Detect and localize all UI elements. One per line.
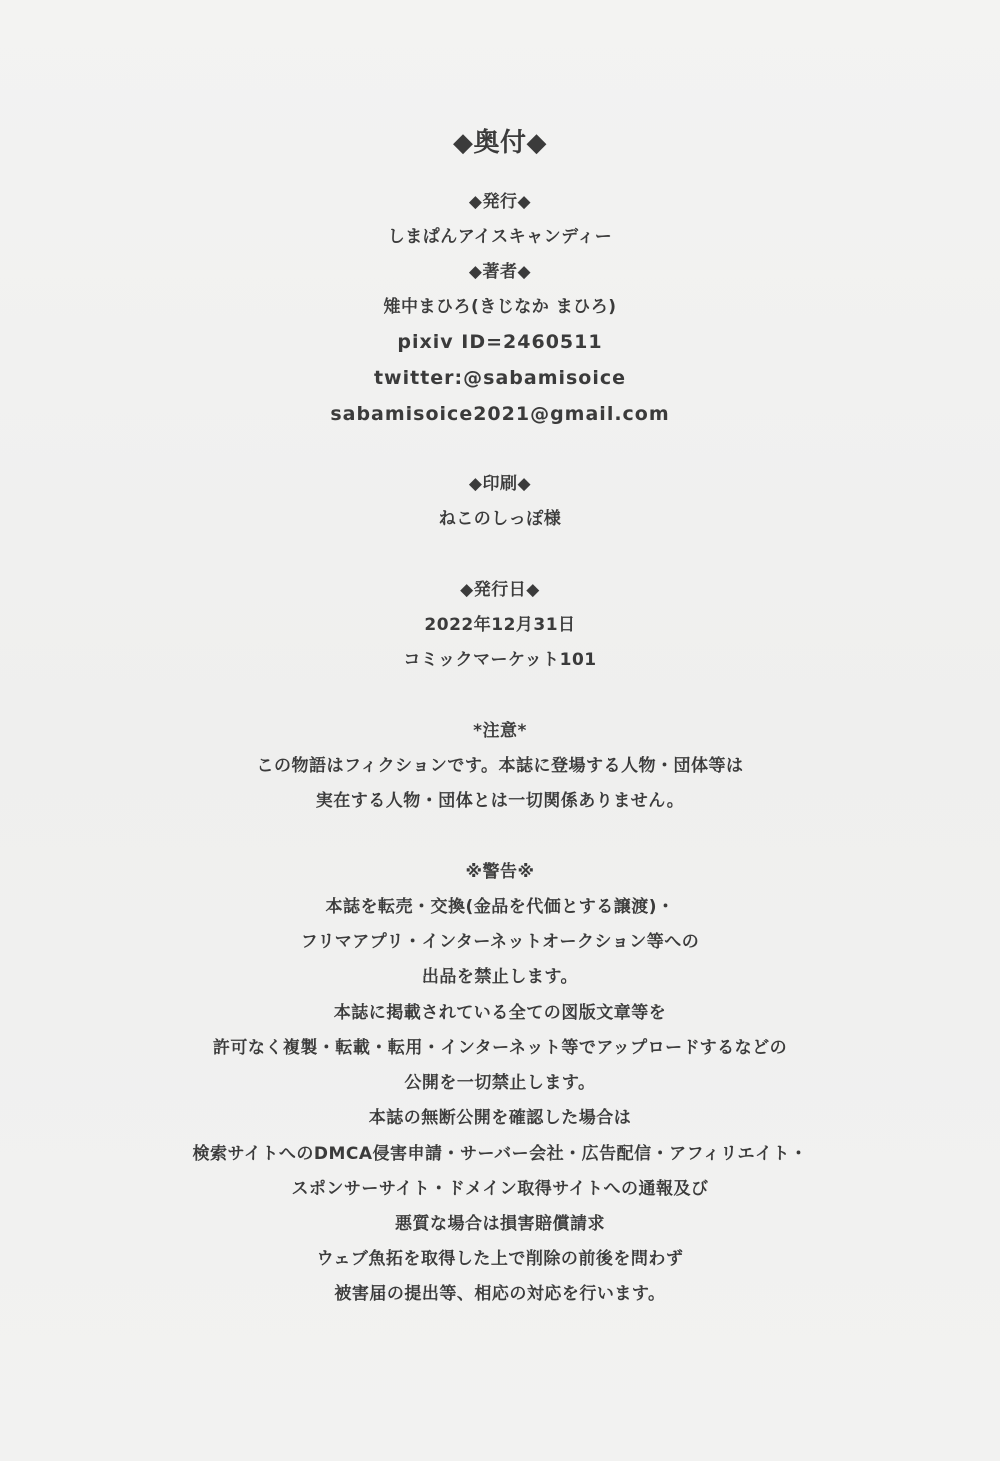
colophon-page: ◆奥付◆ ◆発行◆ しまぱんアイスキャンディー ◆著者◆ 雉中まひろ(きじなか … — [0, 0, 1000, 1461]
author-pixiv-id: pixiv ID=2460511 — [0, 333, 1000, 352]
issue-date: 2022年12月31日 — [0, 617, 1000, 634]
notice-heading: *注意* — [0, 723, 1000, 740]
publisher-heading: ◆発行◆ — [0, 194, 1000, 211]
warning-line: 被害届の提出等、相応の対応を行います。 — [0, 1286, 1000, 1303]
warning-line: 本誌の無断公開を確認した場合は — [0, 1110, 1000, 1127]
author-email: sabamisoice2021@gmail.com — [0, 405, 1000, 424]
warning-line: 公開を一切禁止します。 — [0, 1075, 1000, 1092]
warning-line: スポンサーサイト・ドメイン取得サイトへの通報及び — [0, 1181, 1000, 1198]
notice-line: この物語はフィクションです。本誌に登場する人物・団体等は — [0, 758, 1000, 775]
warning-heading: ※警告※ — [0, 864, 1000, 881]
author-twitter: twitter:@sabamisoice — [0, 369, 1000, 388]
colophon-title: ◆奥付◆ — [0, 130, 1000, 156]
issue-date-heading: ◆発行日◆ — [0, 582, 1000, 599]
warning-line: 許可なく複製・転載・転用・インターネット等でアップロードするなどの — [0, 1040, 1000, 1057]
printer-heading: ◆印刷◆ — [0, 476, 1000, 493]
notice-line: 実在する人物・団体とは一切関係ありません。 — [0, 793, 1000, 810]
publisher-name: しまぱんアイスキャンディー — [0, 229, 1000, 246]
warning-line: ウェブ魚拓を取得した上で削除の前後を問わず — [0, 1251, 1000, 1268]
warning-line: フリマアプリ・インターネットオークション等への — [0, 934, 1000, 951]
author-name: 雉中まひろ(きじなか まひろ) — [0, 299, 1000, 316]
warning-line: 本誌に掲載されている全ての図版文章等を — [0, 1005, 1000, 1022]
author-heading: ◆著者◆ — [0, 264, 1000, 281]
issue-event: コミックマーケット101 — [0, 652, 1000, 669]
warning-line: 出品を禁止します。 — [0, 969, 1000, 986]
warning-line: 検索サイトへのDMCA侵害申請・サーバー会社・広告配信・アフィリエイト・ — [0, 1146, 1000, 1163]
warning-line: 本誌を転売・交換(金品を代価とする譲渡)・ — [0, 899, 1000, 916]
printer-name: ねこのしっぽ様 — [0, 511, 1000, 528]
warning-line: 悪質な場合は損害賠償請求 — [0, 1216, 1000, 1233]
